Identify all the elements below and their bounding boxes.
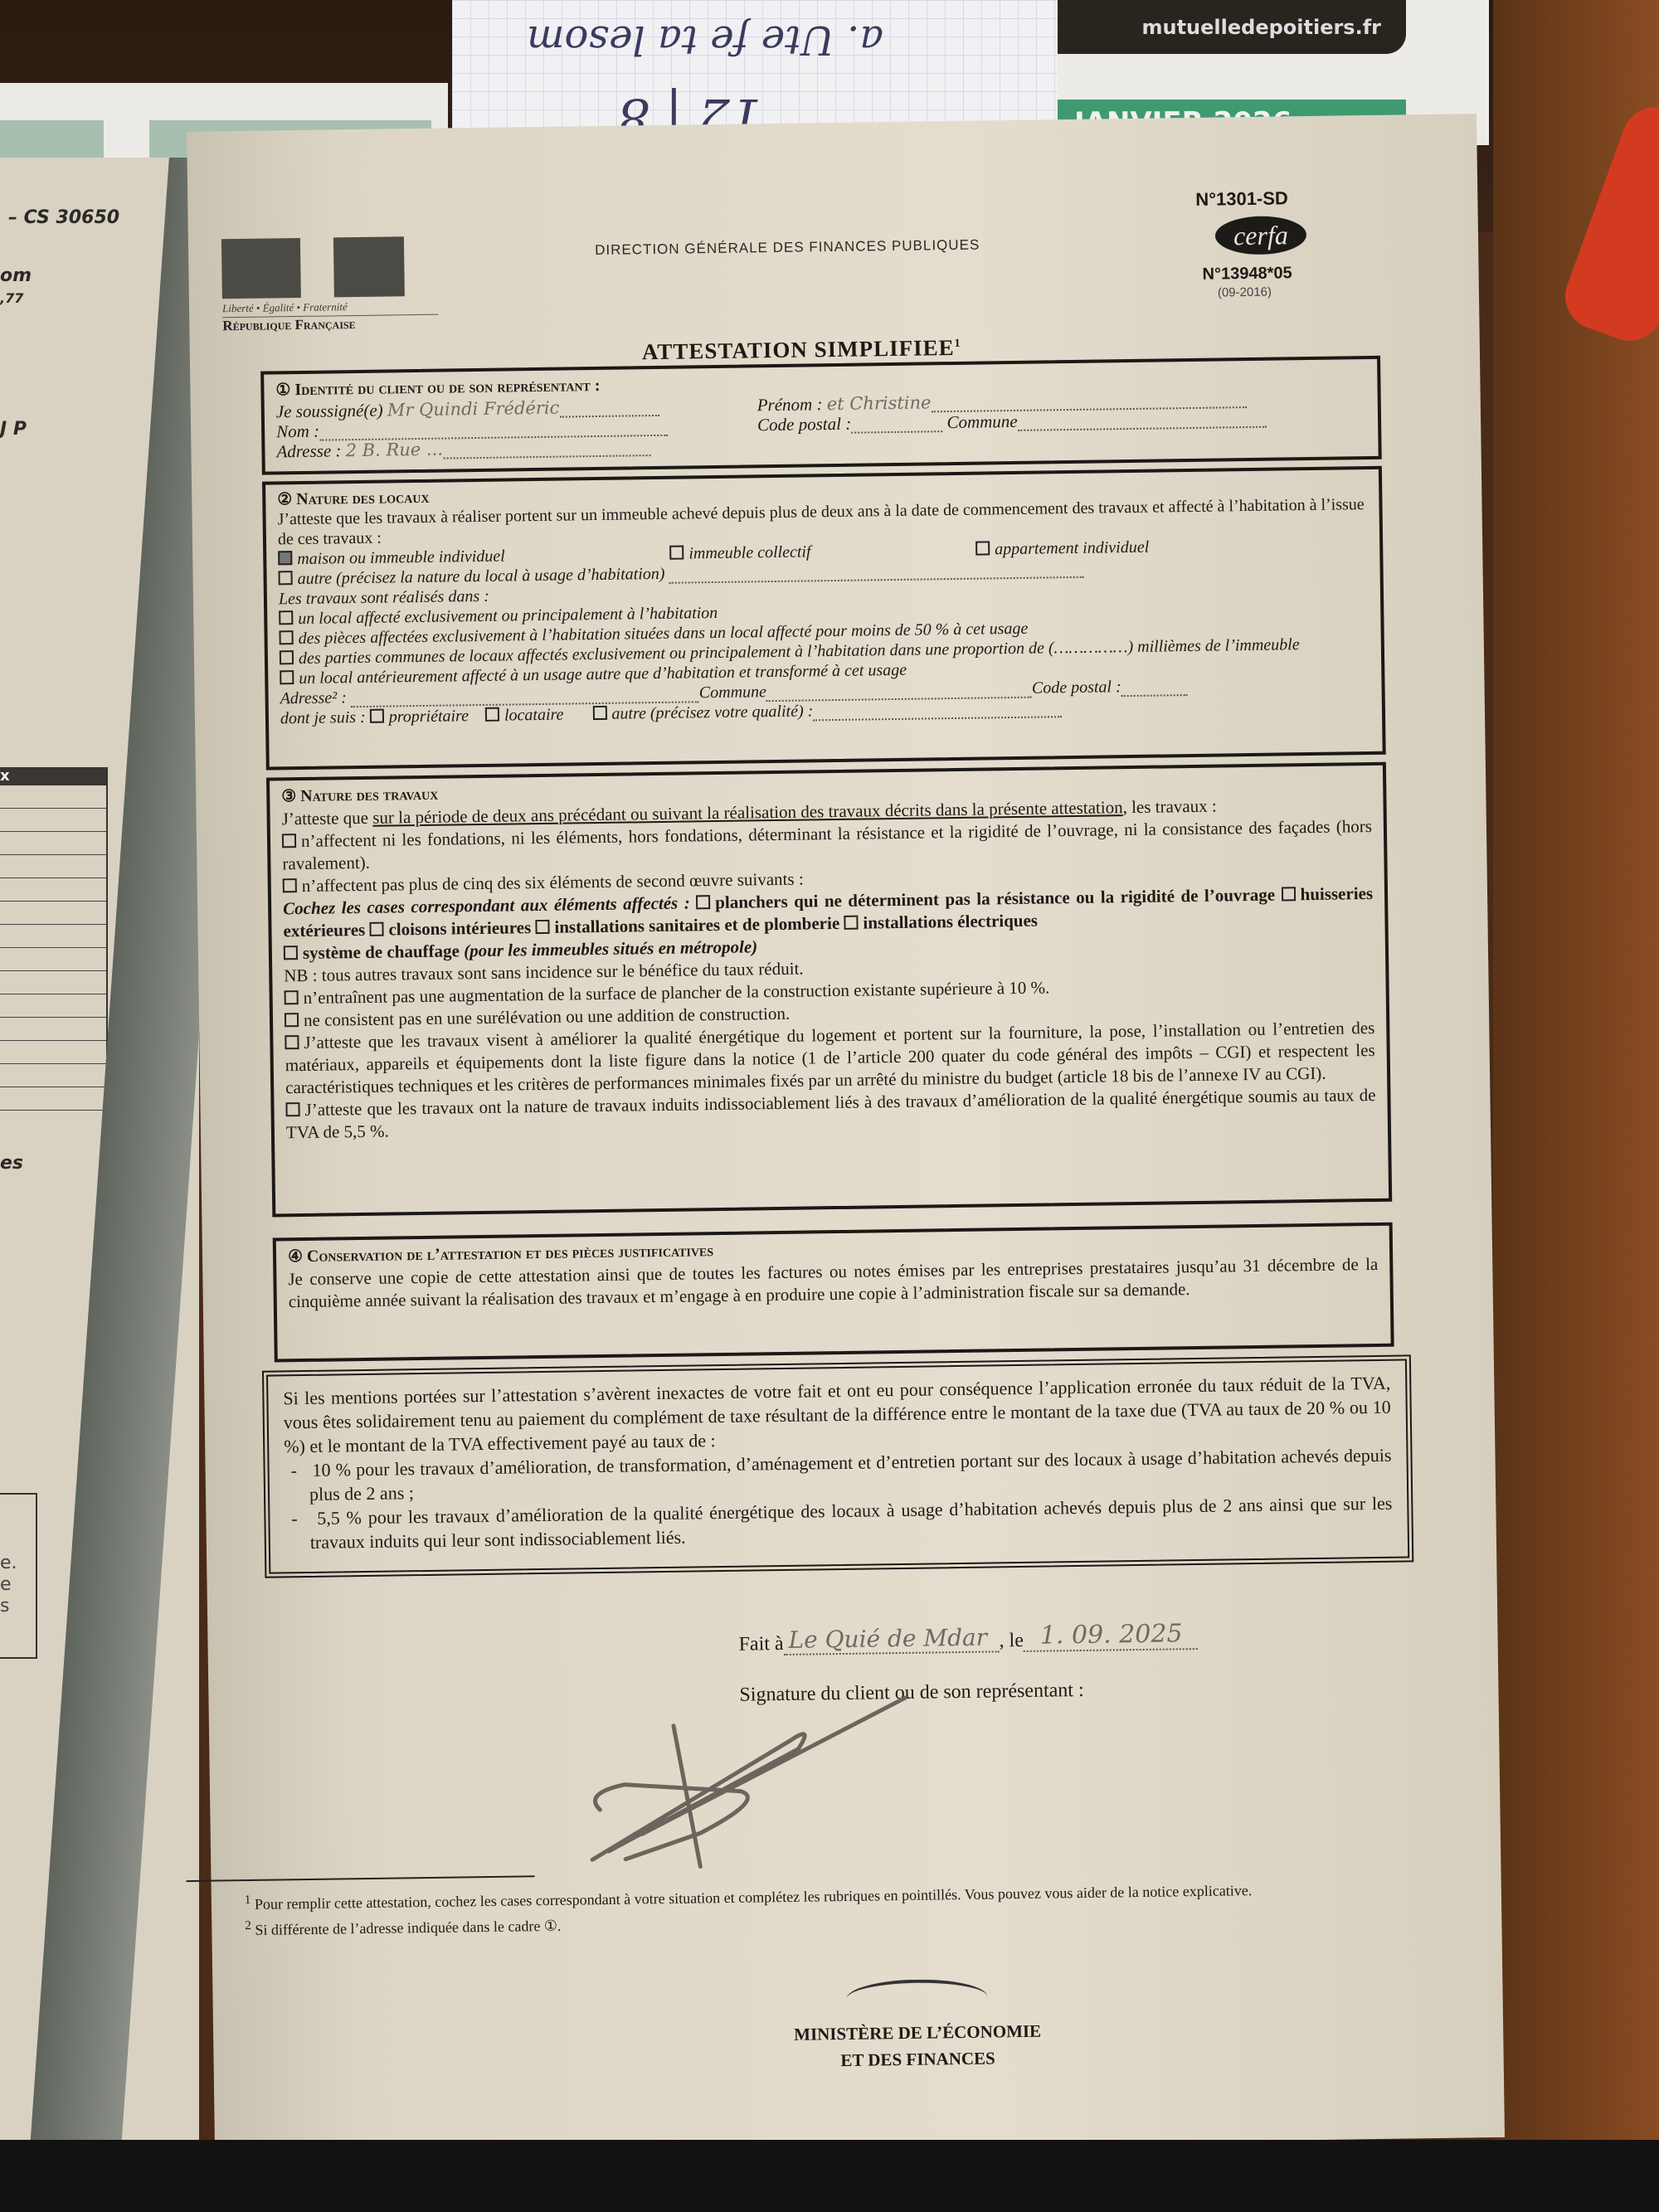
option-appartement[interactable]: appartement individuel <box>975 537 1149 560</box>
section-nature-travaux: ③ Nature des travaux J’atteste que sur l… <box>266 762 1392 1218</box>
checkbox-icon <box>278 571 292 585</box>
checkbox-icon <box>285 1102 299 1116</box>
checkbox-icon <box>279 610 293 625</box>
cerfa-date: (09-2016) <box>1218 285 1272 300</box>
cerfa-form-page: Liberté • Égalité • Fraternité Républiqu… <box>187 114 1505 2155</box>
option-immeuble-collectif[interactable]: immeuble collectif <box>669 542 810 563</box>
checkbox-icon <box>283 878 297 892</box>
checkbox-icon <box>280 670 294 684</box>
form-number: N°1301-SD <box>1195 187 1288 211</box>
warning-box: Si les mentions portées sur l’attestatio… <box>262 1354 1413 1578</box>
left-fragment: om <box>0 265 32 286</box>
checkbox-icon <box>1281 887 1295 901</box>
checkbox-icon <box>696 895 710 909</box>
section-identity: ① Identité du client ou de son représent… <box>260 356 1382 475</box>
option-locataire[interactable]: locataire <box>485 706 564 725</box>
left-fragment: es <box>0 1153 23 1174</box>
checkbox-icon <box>284 946 298 960</box>
checkbox-icon <box>592 706 606 720</box>
checkbox-icon <box>285 1035 299 1049</box>
marianne-icon <box>221 236 438 299</box>
handwritten-signature <box>573 1689 924 1877</box>
checkbox-icon <box>280 650 294 664</box>
checkbox-checked-icon <box>278 551 292 565</box>
table-shadow <box>0 2140 1659 2212</box>
ministry-arc-icon <box>846 1979 988 2017</box>
checkbox-icon <box>285 990 299 1004</box>
checkbox-icon <box>369 922 383 936</box>
left-fragment: – CS 30650 <box>8 207 119 228</box>
left-fragment: ,77 <box>0 290 23 306</box>
checkbox-icon <box>844 916 858 930</box>
republique-francaise-logo: Liberté • Égalité • Fraternité Républiqu… <box>221 236 439 335</box>
section-nature-locaux: ② Nature des locaux J’atteste que les tr… <box>262 466 1386 771</box>
checkbox-icon <box>975 541 990 555</box>
left-fragment: J P <box>0 419 27 440</box>
direction-header: DIRECTION GÉNÉRALE DES FINANCES PUBLIQUE… <box>595 237 980 259</box>
element-cloisons[interactable]: cloisons intérieures <box>369 917 531 940</box>
cerfa-number: N°13948*05 <box>1202 264 1292 284</box>
section-conservation: ④ Conservation de l’attestation et des p… <box>273 1223 1394 1363</box>
checkbox-icon <box>370 709 384 723</box>
checkbox-icon <box>282 834 296 848</box>
calendar-url: mutuelledepoitiers.fr <box>1058 0 1406 54</box>
option-proprietaire[interactable]: propriétaire <box>370 707 469 727</box>
checkbox-icon <box>279 630 293 644</box>
cerfa-logo: cerfa <box>1215 216 1307 255</box>
left-table: x <box>0 767 108 1198</box>
element-sanitaires[interactable]: installations sanitaires et de plomberie <box>535 913 839 937</box>
element-electriques[interactable]: installations électriques <box>844 911 1038 933</box>
checkbox-icon <box>485 707 499 722</box>
checkbox-icon <box>535 920 549 934</box>
ministry-logo: MINISTÈRE DE L’ÉCONOMIE ET DES FINANCES <box>793 1978 1041 2074</box>
footnotes: 1 Pour remplir cette attestation, cochez… <box>187 1863 1432 1942</box>
checkbox-icon <box>669 546 684 560</box>
element-chauffage[interactable]: système de chauffage <box>284 941 460 963</box>
checkbox-icon <box>285 1013 299 1027</box>
republique-francaise: République Française <box>222 315 438 335</box>
form-title: ATTESTATION SIMPLIFIEE1 <box>642 335 961 365</box>
date-value: 1. 09. 2025 <box>1040 1619 1183 1650</box>
left-box: e. e s <box>0 1493 37 1659</box>
field-fait-a[interactable]: Fait àLe Quié de Mdar, le1. 09. 2025 <box>738 1627 1198 1656</box>
note-text-top: a. Ute fe ta lesom <box>527 17 883 63</box>
